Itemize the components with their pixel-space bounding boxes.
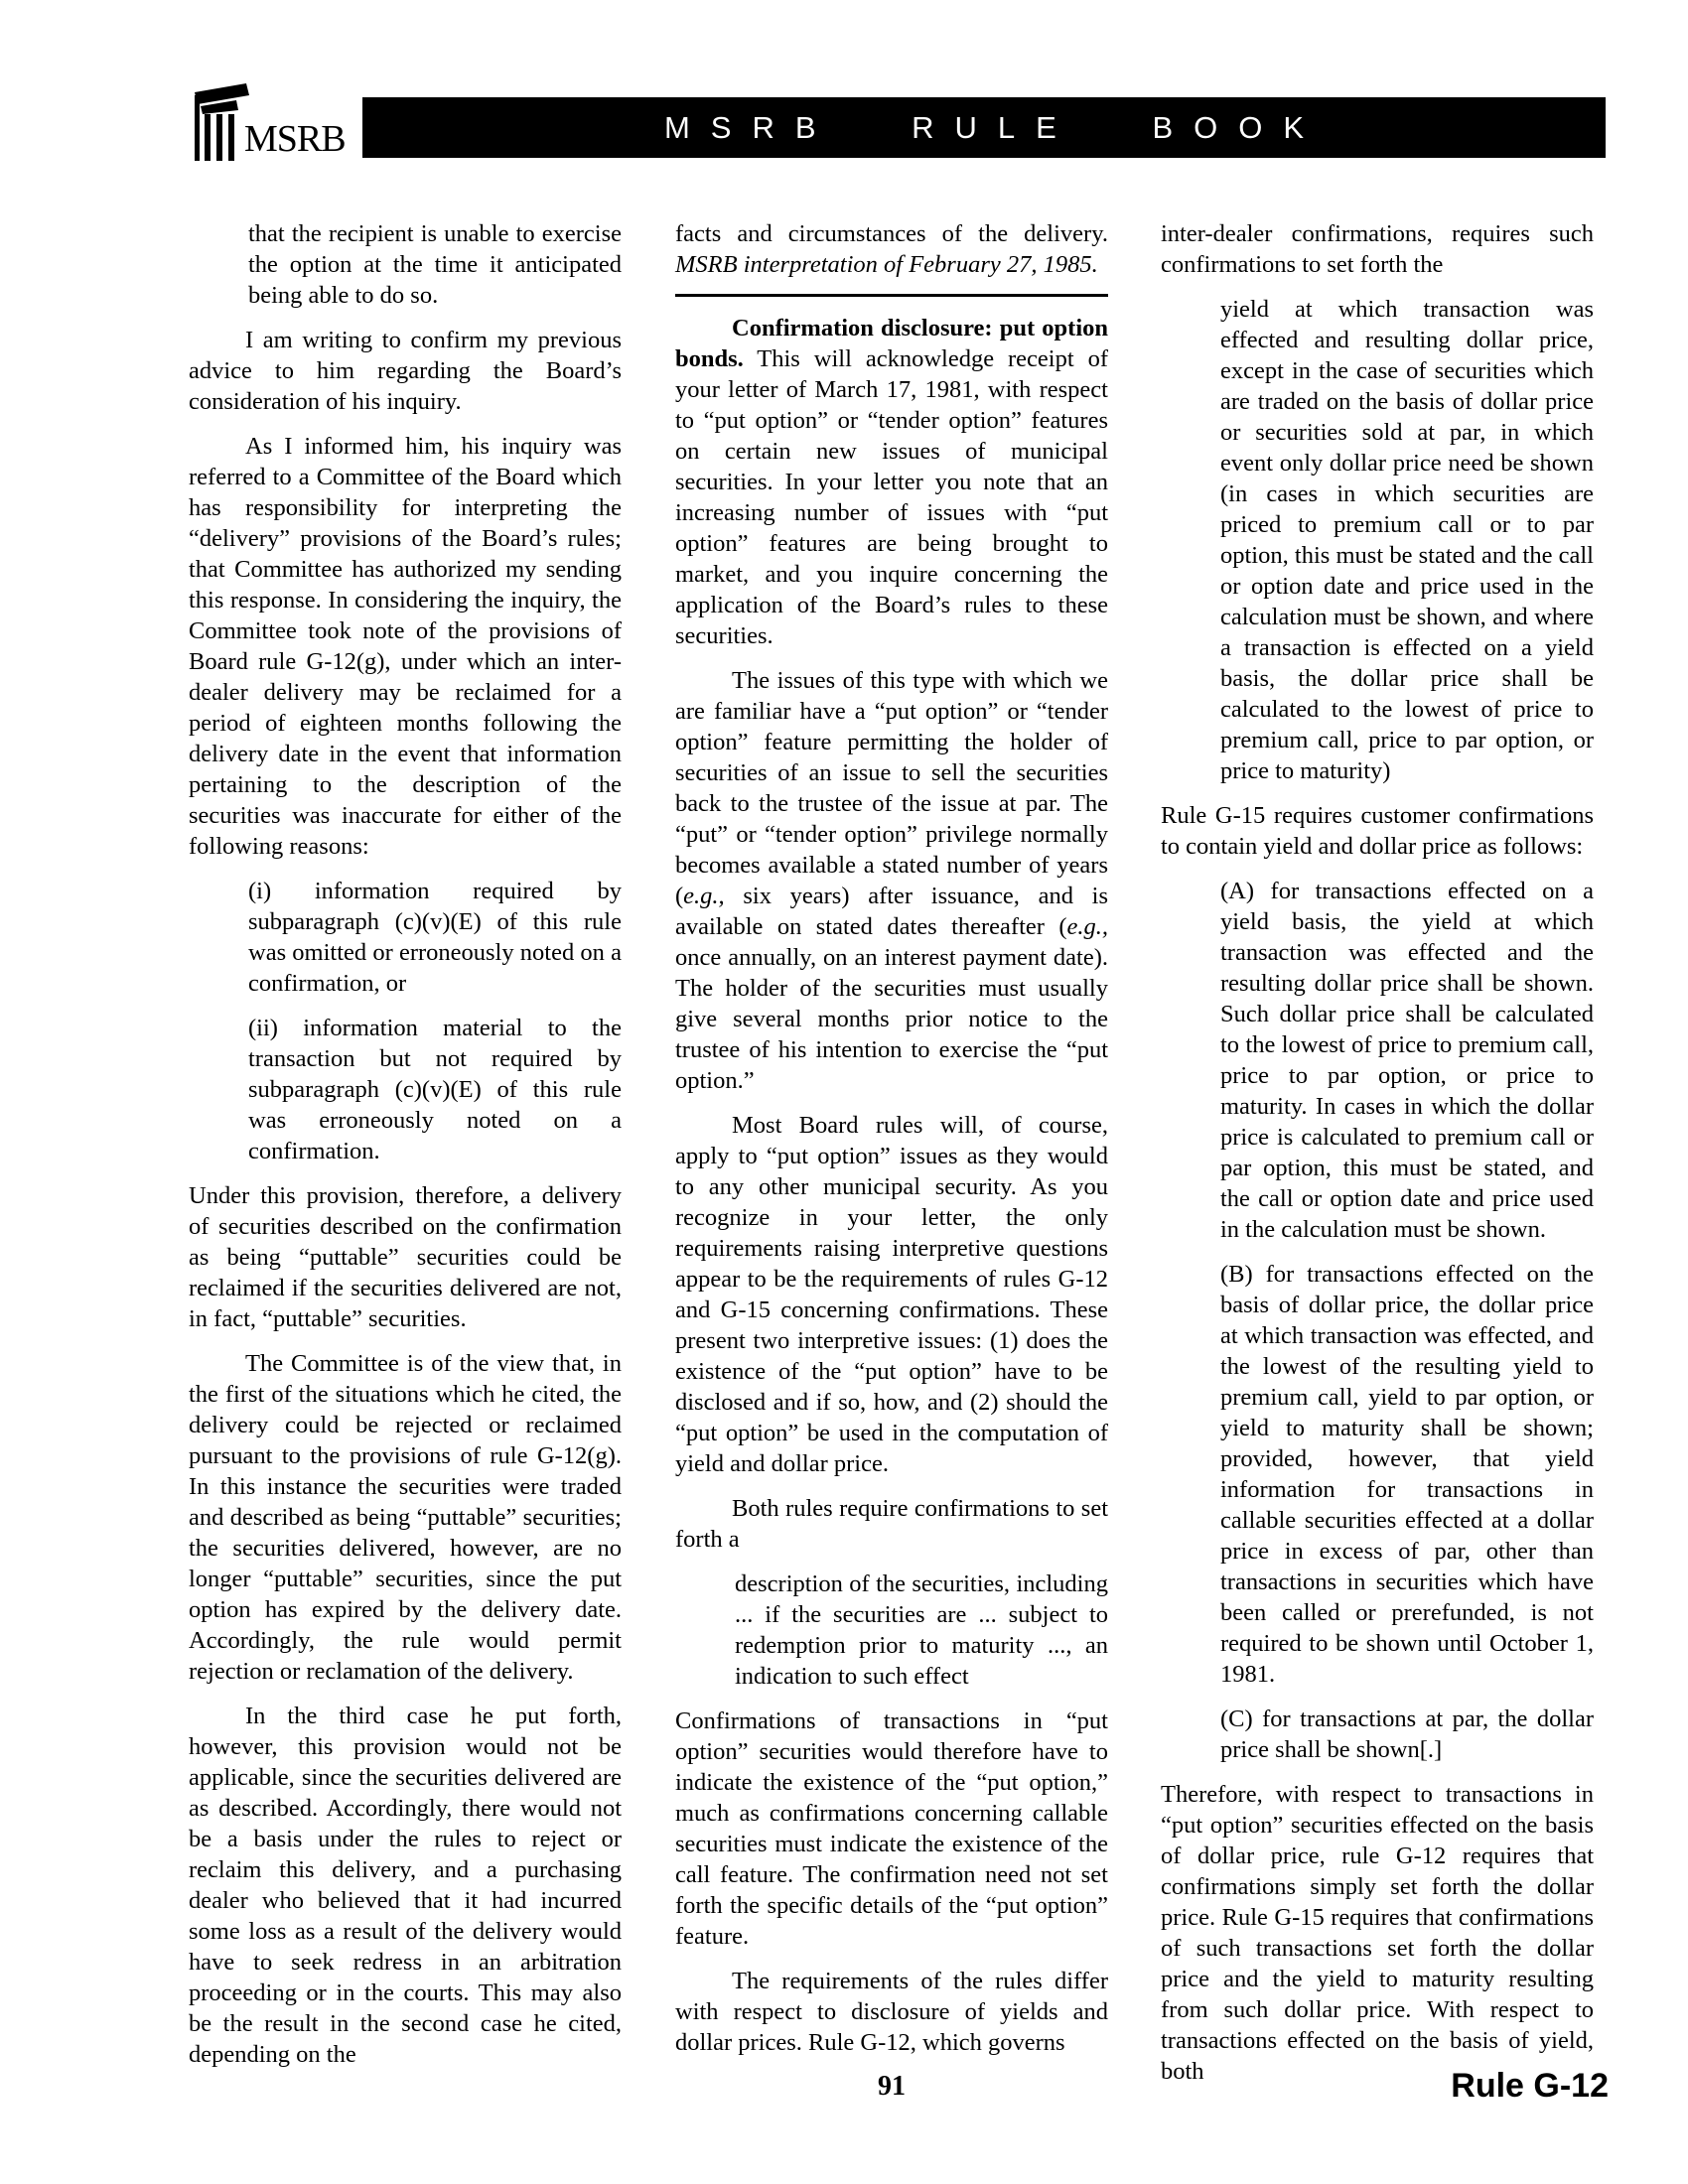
body-text: The requirements of the rules differ wit…	[675, 1968, 1108, 2056]
paragraph: facts and circumstances of the delivery.…	[675, 218, 1108, 280]
body-text: The Committee is of the view that, in th…	[189, 1350, 622, 1685]
logo-wordmark: MSRB	[244, 117, 346, 161]
paragraph: The Committee is of the view that, in th…	[189, 1348, 622, 1687]
body-text: Therefore, with respect to transactions …	[1161, 1781, 1594, 2085]
document-page: MSRB MSRB RULE BOOK that the recipient i…	[0, 0, 1688, 2184]
paragraph: inter-dealer confirmations, requires suc…	[1161, 218, 1594, 280]
paragraph: (ii) information material to the transac…	[248, 1013, 622, 1166]
body-text: As I informed him, his inquiry was refer…	[189, 433, 622, 860]
paragraph: I am writing to confirm my previous advi…	[189, 325, 622, 417]
paragraph: Rule G-15 requires customer confirmation…	[1161, 800, 1594, 862]
body-text: (C) for transactions at par, the dollar …	[1220, 1706, 1594, 1763]
paragraph: Confirmations of transactions in “put op…	[675, 1706, 1108, 1952]
section-divider	[675, 294, 1108, 297]
paragraph: In the third case he put forth, however,…	[189, 1701, 622, 2070]
rule-reference: Rule G-12	[1161, 2067, 1609, 2106]
paragraph: Under this provision, therefore, a deliv…	[189, 1180, 622, 1334]
paragraph: As I informed him, his inquiry was refer…	[189, 431, 622, 862]
citation-text: MSRB interpretation of February 27, 1985…	[675, 251, 1098, 278]
body-text: The issues of this type with which we ar…	[675, 667, 1108, 909]
body-text: once annually, on an interest payment da…	[675, 944, 1108, 1094]
body-text: facts and circumstances of the delivery.	[675, 220, 1108, 247]
body-text: (A) for transactions effected on a yield…	[1220, 878, 1594, 1243]
paragraph: (C) for transactions at par, the dollar …	[1220, 1704, 1594, 1765]
paragraph: description of the securities, including…	[735, 1569, 1108, 1692]
citation-text: e.g.,	[1067, 913, 1109, 940]
body-text: (i) information required by subparagraph…	[248, 878, 622, 997]
body-text: that the recipient is unable to exercise…	[248, 220, 622, 309]
paragraph: yield at which transaction was effected …	[1220, 294, 1594, 786]
body-text: This will acknowledge receipt of your le…	[675, 345, 1108, 649]
paragraph: that the recipient is unable to exercise…	[248, 218, 622, 311]
body-text: yield at which transaction was effected …	[1220, 296, 1594, 784]
body-text: Confirmations of transactions in “put op…	[675, 1707, 1108, 1950]
paragraph: Therefore, with respect to transactions …	[1161, 1779, 1594, 2087]
body-text: Under this provision, therefore, a deliv…	[189, 1182, 622, 1332]
title-banner: MSRB RULE BOOK	[362, 97, 1606, 158]
body-text: In the third case he put forth, however,…	[189, 1703, 622, 2068]
paragraph: The issues of this type with which we ar…	[675, 665, 1108, 1096]
body-text: I am writing to confirm my previous advi…	[189, 327, 622, 415]
text-column-1: that the recipient is unable to exercise…	[189, 218, 622, 2084]
body-text: inter-dealer confirmations, requires suc…	[1161, 220, 1594, 278]
paragraph: (A) for transactions effected on a yield…	[1220, 876, 1594, 1245]
body-text: six years) after issuance, and is availa…	[675, 883, 1108, 940]
paragraph: Both rules require confirmations to set …	[675, 1493, 1108, 1555]
text-column-2: facts and circumstances of the delivery.…	[675, 218, 1108, 2072]
body-text: Rule G-15 requires customer confirmation…	[1161, 802, 1594, 860]
paragraph: The requirements of the rules differ wit…	[675, 1966, 1108, 2058]
paragraph: (i) information required by subparagraph…	[248, 876, 622, 999]
banner-title: MSRB RULE BOOK	[643, 110, 1325, 146]
msrb-logo: MSRB	[195, 81, 353, 163]
body-text: (ii) information material to the transac…	[248, 1015, 622, 1164]
paragraph: Most Board rules will, of course, apply …	[675, 1110, 1108, 1479]
page-number: 91	[675, 2071, 1108, 2103]
body-text: Most Board rules will, of course, apply …	[675, 1112, 1108, 1477]
citation-text: e.g.,	[683, 883, 725, 909]
body-text: description of the securities, including…	[735, 1570, 1108, 1690]
text-column-3: inter-dealer confirmations, requires suc…	[1161, 218, 1594, 2101]
body-text: Both rules require confirmations to set …	[675, 1495, 1108, 1553]
body-text: (B) for transactions effected on the bas…	[1220, 1261, 1594, 1688]
paragraph: (B) for transactions effected on the bas…	[1220, 1259, 1594, 1690]
paragraph: Confirmation disclosure: put option bond…	[675, 313, 1108, 651]
